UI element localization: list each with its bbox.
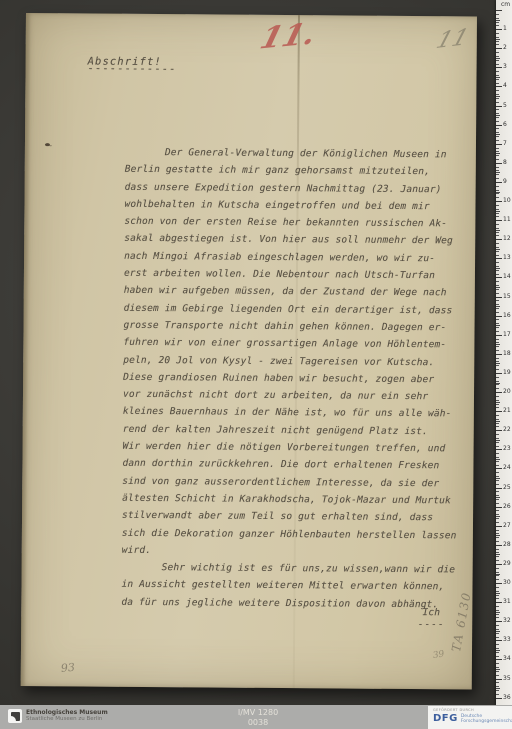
ruler-tick [496, 60, 499, 61]
ruler-tick [496, 268, 500, 269]
ruler-tick [496, 629, 499, 630]
ruler-tick [496, 266, 499, 267]
ruler-tick [496, 94, 499, 95]
ruler-tick [496, 446, 499, 447]
ruler-tick [496, 117, 499, 118]
ruler-number: 14 [503, 274, 511, 280]
ruler-tick [496, 430, 502, 431]
ruler-tick [496, 96, 500, 97]
ruler-tick [496, 621, 502, 622]
ruler-tick [496, 568, 499, 569]
ruler-tick [496, 346, 499, 347]
ruler-tick [496, 497, 500, 498]
ruler-tick [496, 232, 499, 233]
ruler-tick [496, 113, 499, 114]
ruler-tick [496, 115, 500, 116]
ruler-tick [496, 593, 500, 594]
ruler-number: 33 [503, 637, 511, 643]
ruler-number: 24 [503, 465, 511, 471]
punch-hole-mark [45, 143, 50, 146]
ruler-tick [496, 155, 499, 156]
ruler-tick [496, 478, 500, 479]
ruler-tick [496, 426, 499, 427]
ruler-tick [496, 434, 499, 435]
ruler-tick [496, 361, 499, 362]
ruler-tick [496, 510, 499, 511]
signoff-dashed-underline: ---- [406, 621, 456, 628]
ruler-tick [496, 77, 500, 78]
ruler-tick [496, 369, 499, 370]
museum-subtitle: Staatliche Museen zu Berlin [26, 716, 108, 723]
ruler-tick [496, 669, 500, 670]
ruler-number: 17 [503, 332, 511, 338]
ruler-tick [496, 350, 499, 351]
ruler-tick [496, 614, 499, 615]
shelfmark-block: I/MV 1280 0038 [208, 708, 308, 727]
ruler-tick [496, 556, 499, 557]
ruler-tick [496, 671, 499, 672]
ruler-tick [496, 331, 499, 332]
ruler-tick [496, 392, 502, 393]
ruler-tick [496, 579, 499, 580]
ruler-tick [496, 541, 499, 542]
ruler-tick [496, 83, 499, 84]
ruler-tick [496, 239, 502, 240]
ruler-number: 27 [503, 523, 511, 529]
ruler-tick [496, 182, 502, 183]
typewritten-line: Berlin gestatte ich mir ganz gehorsamst … [125, 161, 471, 181]
ruler-tick [496, 22, 499, 23]
ruler-tick [496, 159, 499, 160]
ruler-tick [496, 335, 502, 336]
ruler-tick [496, 423, 499, 424]
ruler-tick [496, 640, 502, 641]
ruler-tick [496, 530, 499, 531]
ruler-tick [496, 44, 499, 45]
ruler-number: 18 [503, 351, 511, 357]
ruler-tick [496, 172, 500, 173]
handwritten-pencil-small-mark: 39 [432, 649, 445, 661]
ruler-tick [496, 518, 499, 519]
ruler-tick [496, 407, 499, 408]
ruler-tick [496, 564, 502, 565]
ruler-number: 28 [503, 542, 511, 548]
ruler-tick [496, 363, 500, 364]
typewritten-lines: Der General-Verwaltung der Königlichen M… [121, 144, 471, 614]
ruler-tick [496, 64, 499, 65]
ruler-tick [496, 419, 499, 420]
ruler-tick [496, 205, 499, 206]
ruler-tick [496, 190, 499, 191]
ruler-tick [496, 52, 499, 53]
ruler-tick [496, 625, 499, 626]
ruler-tick [496, 595, 499, 596]
ruler-number: 30 [503, 580, 511, 586]
ruler-tick [496, 442, 499, 443]
ruler-tick [496, 293, 499, 294]
ruler-tick [496, 686, 499, 687]
ruler-tick [496, 125, 502, 126]
ruler-tick [496, 652, 499, 653]
ruler-tick [496, 323, 499, 324]
ruler-tick [496, 354, 502, 355]
ruler-tick [496, 440, 500, 441]
ruler-tick [496, 554, 500, 555]
paper-left-edge-shadow [21, 13, 31, 686]
handwritten-pencil-number-bottom-left: 93 [60, 661, 75, 675]
ruler-tick [496, 209, 499, 210]
ruler-tick [496, 698, 502, 699]
ruler-number: 2 [503, 45, 507, 51]
signoff: Ich ---- [406, 604, 456, 629]
ruler-tick [496, 637, 499, 638]
ruler-number: 21 [503, 408, 511, 414]
ruler-tick [496, 90, 499, 91]
ruler-tick [496, 522, 499, 523]
ruler-tick [496, 41, 499, 42]
ruler-number: 31 [503, 599, 511, 605]
ruler-tick [496, 650, 500, 651]
ruler-tick [496, 373, 502, 374]
ruler-tick [496, 132, 499, 133]
ruler-tick [496, 220, 502, 221]
ruler-tick [496, 277, 502, 278]
ruler-tick [496, 216, 499, 217]
ruler-tick [496, 144, 502, 145]
ruler-tick [496, 140, 499, 141]
ruler-number: 8 [503, 160, 507, 166]
dfg-logo-icon: DFG [433, 713, 458, 724]
ruler-number: 7 [503, 141, 507, 147]
ruler-tick [496, 56, 499, 57]
ruler-tick [496, 587, 499, 588]
ruler-tick [496, 572, 499, 573]
ruler-number: 1 [503, 26, 507, 32]
ruler-tick [496, 396, 499, 397]
museum-logo-icon [8, 709, 22, 723]
ruler-tick [496, 659, 502, 660]
ruler-tick [496, 533, 499, 534]
ruler-number: 16 [503, 313, 511, 319]
ruler-tick [496, 574, 500, 575]
ruler-tick [496, 465, 499, 466]
ruler-tick [496, 163, 502, 164]
ruler-tick [496, 453, 499, 454]
typewritten-line: dann dorthin zurückkehren. Die dort erha… [122, 455, 468, 475]
ruler-number: 11 [503, 217, 511, 223]
ruler-number: 36 [503, 695, 511, 701]
ruler-tick [496, 503, 499, 504]
museum-logo-block: Ethnologisches Museum Staatliche Museen … [8, 709, 108, 723]
ruler-tick [496, 33, 499, 34]
ruler-tick [496, 476, 499, 477]
ruler-tick [496, 98, 499, 99]
ruler-tick [496, 344, 500, 345]
dfg-org-name: Deutsche Forschungsgemeinschaft [461, 714, 507, 724]
ruler-tick [496, 48, 502, 49]
ruler-tick [496, 251, 499, 252]
ruler-tick [496, 598, 499, 599]
ruler-tick [496, 201, 502, 202]
ruler-tick [496, 682, 499, 683]
ruler-tick [496, 262, 499, 263]
ruler-tick [496, 488, 502, 489]
ruler-tick [496, 128, 499, 129]
ruler-tick [496, 327, 499, 328]
ruler-tick [496, 411, 502, 412]
ruler-number: 34 [503, 656, 511, 662]
ruler-tick [496, 134, 500, 135]
ruler-tick [496, 197, 499, 198]
ruler-tick [496, 274, 499, 275]
ruler-tick [496, 300, 499, 301]
ruler-tick [496, 499, 499, 500]
ruler-tick [496, 109, 499, 110]
typewritten-line: stilverwandt aber zum Teil so gut erhalt… [122, 507, 468, 527]
ruler-tick [496, 400, 499, 401]
ruler-tick [496, 255, 499, 256]
ruler-tick [496, 421, 500, 422]
ruler-number: 26 [503, 504, 511, 510]
ruler-tick [496, 461, 499, 462]
ruler-tick [496, 316, 502, 317]
museum-name: Ethnologisches Museum [26, 709, 108, 716]
ruler-tick [496, 121, 499, 122]
ruler-tick [496, 507, 502, 508]
ruler-tick [496, 438, 499, 439]
ruler-tick [496, 39, 500, 40]
ruler-tick [496, 289, 499, 290]
ruler-tick [496, 174, 499, 175]
ruler-tick [496, 37, 499, 38]
ruler-tick [496, 468, 502, 469]
ruler-number: 15 [503, 294, 511, 300]
scanned-letter-page: Abschrift! ------------ Der General-Verw… [21, 13, 477, 690]
ruler-tick [496, 688, 500, 689]
ruler-tick [496, 491, 499, 492]
ruler-tick [496, 228, 499, 229]
ruler-tick [496, 281, 499, 282]
ruler-tick [496, 319, 499, 320]
ruler-tick [496, 633, 499, 634]
ruler-tick [496, 86, 502, 87]
ruler-tick [496, 583, 502, 584]
ruler-number: 20 [503, 389, 511, 395]
ruler-tick [496, 457, 499, 458]
ruler-number: 4 [503, 83, 507, 89]
ruler-tick [496, 230, 500, 231]
ruler-tick [496, 339, 499, 340]
ruler-number: 9 [503, 179, 507, 185]
ruler-tick [496, 472, 499, 473]
ruler-tick [496, 549, 499, 550]
ruler-tick [496, 58, 500, 59]
ruler-number: 29 [503, 561, 511, 567]
ruler-tick [496, 247, 499, 248]
ruler-tick [496, 388, 499, 389]
ruler-tick [496, 213, 499, 214]
ruler-tick [496, 10, 502, 11]
ruler-tick [496, 516, 500, 517]
ruler-tick [496, 648, 499, 649]
ruler-tick [496, 526, 502, 527]
ruler-tick [496, 287, 500, 288]
ruler-tick [496, 106, 502, 107]
ruler-tick [496, 617, 499, 618]
ruler-tick [496, 308, 499, 309]
heading-dashed-underline: ------------ [88, 63, 177, 74]
ruler-tick [496, 612, 500, 613]
ruler-tick [496, 25, 499, 26]
ruler-tick [496, 365, 499, 366]
ruler-tick [496, 71, 499, 72]
ruler-tick [496, 270, 499, 271]
ruler-tick [496, 377, 499, 378]
shelfmark-id: I/MV 1280 [208, 708, 308, 718]
footer-bar: Ethnologisches Museum Staatliche Museen … [0, 705, 512, 729]
ruler-tick [496, 153, 500, 154]
ruler-tick [496, 591, 499, 592]
ruler-tick [496, 480, 499, 481]
handwritten-pencil-number-top-right: 11 [433, 25, 472, 55]
ruler-tick [496, 631, 500, 632]
ruler-number: 10 [503, 198, 511, 204]
typewritten-line: sich die Dekoration ganzer Höhlenbauten … [122, 524, 468, 544]
ruler-tick [496, 297, 502, 298]
ruler-tick [496, 459, 500, 460]
ruler-tick [496, 20, 500, 21]
ruler-tick [496, 606, 499, 607]
ruler-number: 23 [503, 446, 511, 452]
dfg-logo-block: GEFÖRDERT DURCH DFG Deutsche Forschungsg… [428, 706, 512, 729]
ruler-tick [496, 79, 499, 80]
ruler-number: 12 [503, 236, 511, 242]
ruler-tick [496, 690, 499, 691]
ruler-number: 35 [503, 676, 511, 682]
ruler-number: 25 [503, 485, 511, 491]
scan-page-number: 0038 [208, 718, 308, 727]
ruler-number: 32 [503, 618, 511, 624]
ruler-tick [496, 381, 499, 382]
ruler-tick [496, 545, 502, 546]
ruler-tick [496, 151, 499, 152]
ruler-tick [496, 306, 500, 307]
ruler-tick [496, 75, 499, 76]
typewritten-line: fuhren wir von einer grossartigen Anlage… [123, 334, 469, 354]
ruler-tick [496, 18, 499, 19]
ruler-tick [496, 285, 499, 286]
ruler-tick [496, 610, 499, 611]
ruler-tick [496, 663, 499, 664]
ruler-tick [496, 537, 499, 538]
funding-label: GEFÖRDERT DURCH [433, 708, 508, 712]
ruler: cm 1234567891011121314151617181920212223… [496, 0, 512, 707]
handwritten-red-number: 11. [256, 17, 319, 57]
ruler-tick [496, 258, 502, 259]
ruler-tick [496, 415, 499, 416]
ruler-tick [496, 249, 500, 250]
ruler-tick [496, 148, 499, 149]
ruler-tick [496, 325, 500, 326]
ruler-tick [496, 178, 499, 179]
ruler-tick [496, 29, 502, 30]
ruler-tick [496, 495, 499, 496]
ruler-tick [496, 14, 499, 15]
ruler-tick [496, 211, 500, 212]
ruler-tick [496, 358, 499, 359]
ruler-unit-label: cm [501, 1, 510, 8]
ruler-tick [496, 383, 500, 384]
ruler-tick [496, 243, 499, 244]
ruler-tick [496, 67, 502, 68]
ruler-tick [496, 186, 499, 187]
ruler-number: 22 [503, 427, 511, 433]
ruler-tick [496, 675, 499, 676]
ruler-number: 3 [503, 64, 507, 70]
ruler-tick [496, 167, 499, 168]
ruler-tick [496, 644, 499, 645]
ruler-tick [496, 656, 499, 657]
ruler-tick [496, 552, 499, 553]
ruler-tick [496, 514, 499, 515]
ruler-tick [496, 384, 499, 385]
ruler-tick [496, 404, 499, 405]
ruler-tick [496, 535, 500, 536]
ruler-tick [496, 224, 499, 225]
ruler-number: 19 [503, 370, 511, 376]
ruler-tick [496, 560, 499, 561]
ruler-tick [496, 192, 500, 193]
ruler-tick [496, 235, 499, 236]
ruler-tick [496, 575, 499, 576]
ruler-number: 13 [503, 255, 511, 261]
ruler-tick [496, 193, 499, 194]
ruler-tick [496, 402, 500, 403]
typewritten-line: haben wir aufgeben müssen, da der Zustan… [124, 282, 470, 302]
ruler-tick [496, 102, 499, 103]
ruler-tick [496, 484, 499, 485]
ruler-tick [496, 602, 502, 603]
ruler-tick [496, 667, 499, 668]
ruler-tick [496, 694, 499, 695]
ruler-tick [496, 342, 499, 343]
ruler-number: 5 [503, 103, 507, 109]
ruler-tick [496, 449, 502, 450]
ruler-tick [496, 136, 499, 137]
ruler-tick [496, 312, 499, 313]
ruler-tick [496, 679, 502, 680]
ruler-tick [496, 304, 499, 305]
ruler-tick [496, 170, 499, 171]
ruler-number: 6 [503, 122, 507, 128]
